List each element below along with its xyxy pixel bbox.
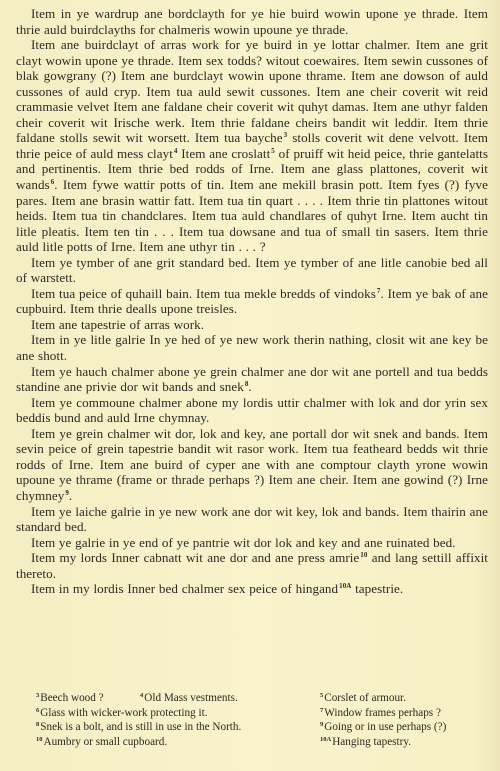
paragraph-lottar-chalmer: Item ane buirdclayt of arras work for ye… xyxy=(16,37,488,255)
paragraph-tapestrie: Item ane tapestrie of arras work. xyxy=(16,317,488,333)
text-segment: Item ye tymber of ane grit standard bed.… xyxy=(16,255,488,286)
text-segment: Item ye galrie in ye end of ye pantrie w… xyxy=(31,535,456,550)
paragraph-litle-galrie: Item in ye litle galrie In ye hed of ye … xyxy=(16,332,488,363)
footnote-10a: 10AHanging tapestry. xyxy=(320,735,411,750)
text-segment: Item ane tapestrie of arras work. xyxy=(31,317,204,332)
text-segment: . xyxy=(69,488,72,503)
text-segment: Item ye grein chalmer wit dor, lok and k… xyxy=(16,426,488,503)
paragraph-laiche-galrie: Item ye laiche galrie in ye new work ane… xyxy=(16,504,488,535)
footnote-8: 8Snek is a bolt, and is still in use in … xyxy=(36,720,320,735)
paragraph-hauch-chalmer: Item ye hauch chalmer abone ye grein cha… xyxy=(16,364,488,395)
paragraph-quhaill-bain: Item tua peice of quhaill bain. Item tua… xyxy=(16,286,488,317)
text-segment: Item in ye wardrup ane bordclayth for ye… xyxy=(16,6,488,37)
text-segment: Item in ye litle galrie In ye hed of ye … xyxy=(16,332,488,363)
footnote-row: 6Glass with wicker-work protecting it. 7… xyxy=(36,706,486,721)
footnote-row: 10Aumbry or small cupboard. 10AHanging t… xyxy=(36,735,486,750)
text-segment: Item tua peice of quhaill bain. Item tua… xyxy=(31,286,376,301)
paragraph-standard-bed: Item ye tymber of ane grit standard bed.… xyxy=(16,255,488,286)
footnote-ref-10a: 10A xyxy=(339,582,351,590)
footnotes: 3Beech wood ? 4Old Mass vestments. 5Cors… xyxy=(36,691,486,749)
text-segment: Item ye commoune chalmer abone my lordis… xyxy=(16,395,488,426)
footnote-4: 4Old Mass vestments. xyxy=(140,691,320,706)
inventory-text: Item in ye wardrup ane bordclayth for ye… xyxy=(16,6,488,597)
text-segment: . Item fywe wattir potts of tin. Item an… xyxy=(16,177,488,254)
footnote-7: 7Window frames perhaps ? xyxy=(320,706,441,721)
footnote-row: 3Beech wood ? 4Old Mass vestments. 5Cors… xyxy=(36,691,486,706)
footnote-6: 6Glass with wicker-work protecting it. xyxy=(36,706,320,721)
paragraph-pantrie-galrie: Item ye galrie in ye end of ye pantrie w… xyxy=(16,535,488,551)
paragraph-wardrup: Item in ye wardrup ane bordclayth for ye… xyxy=(16,6,488,37)
text-segment: Item ane buirdclayt of arras work for ye… xyxy=(16,37,488,145)
paragraph-commoune-chalmer: Item ye commoune chalmer abone my lordis… xyxy=(16,395,488,426)
paragraph-inner-bed-chalmer: Item in my lordis Inner bed chalmer sex … xyxy=(16,581,488,597)
text-segment: Item ye hauch chalmer abone ye grein cha… xyxy=(16,364,488,395)
text-segment: Item ye laiche galrie in ye new work ane… xyxy=(16,504,488,535)
text-segment: Item ane croslatt xyxy=(177,146,270,161)
footnote-10: 10Aumbry or small cupboard. xyxy=(36,735,320,750)
footnote-5: 5Corslet of armour. xyxy=(320,691,406,706)
text-segment: . xyxy=(248,379,251,394)
text-segment: Item my lords Inner cabnatt wit ane dor … xyxy=(31,550,359,565)
text-segment: tapestrie. xyxy=(351,581,403,596)
text-segment: Item in my lordis Inner bed chalmer sex … xyxy=(31,581,338,596)
document-page: Item in ye wardrup ane bordclayth for ye… xyxy=(0,0,500,771)
paragraph-grein-chalmer: Item ye grein chalmer wit dor, lok and k… xyxy=(16,426,488,504)
paragraph-inner-cabnatt: Item my lords Inner cabnatt wit ane dor … xyxy=(16,550,488,581)
footnote-9: 9Going or in use perhaps (?) xyxy=(320,720,446,735)
footnote-3: 3Beech wood ? xyxy=(36,691,140,706)
footnote-row: 8Snek is a bolt, and is still in use in … xyxy=(36,720,486,735)
